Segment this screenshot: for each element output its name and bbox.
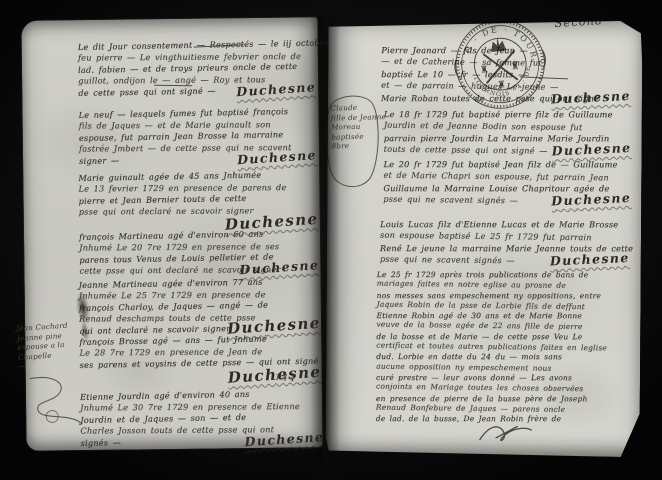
tours-tax-stamp-icon: G · DE · TOURS TOURNOIS · 4 · DEN ♜ ♜ ♜: [447, 12, 553, 116]
svg-text:♜: ♜: [497, 79, 507, 91]
register-entry: Le 18 fr 1729 fut baptisé pierre filz de…: [384, 107, 634, 157]
end-paraph-icon: [474, 418, 538, 448]
svg-text:♜: ♜: [510, 61, 520, 73]
svg-text:♜: ♜: [480, 64, 490, 76]
right-page: Second G · DE · TOURS TOURNOIS · 4 · DEN: [325, 19, 642, 457]
margin-note-circled: Claudefille de JeanneMoreaubaptisée8bre: [322, 90, 380, 92]
ink-flourish: [22, 372, 93, 433]
margin-note-text: Claudefille de JeanneMoreaubaptisée8bre: [330, 102, 386, 151]
register-entry: Le 20 fr 1729 fut baptisé Jean filz de —…: [383, 157, 633, 207]
register-entry: Etienne Jourdin agé d'environ 40 ansJnhu…: [80, 388, 327, 449]
register-entry: Marie guinault agée de 45 ans JnhuméeLe …: [78, 169, 321, 218]
register-entry: françois Brosse agé — ans — fut JnhuméLe…: [79, 333, 323, 371]
manuscript-scan: Le dit Jour consentement — Respectés — l…: [0, 0, 662, 480]
register-entry: françois Martineau agé d'environ 60 ansJ…: [79, 228, 322, 277]
register-entry-marriage: Le 25 fr 1729 après trois publications d…: [376, 269, 633, 425]
register-entry: Jeanne Martineau agée d'environ 77 ansJn…: [79, 276, 324, 337]
entry-text: Le 25 fr 1729 après trois publications d…: [376, 269, 633, 425]
page-header-word: Second: [554, 13, 604, 30]
folio-number: 144: [274, 373, 297, 385]
register-entry: Le neuf — lesquels fumes fut baptisé fra…: [78, 106, 319, 167]
manuscript-line: 8bre: [331, 140, 386, 151]
left-page: Le dit Jour consentement — Respectés — l…: [21, 17, 322, 451]
register-entry: Louis Lucas filz d'Etienne Lucas et de M…: [380, 217, 632, 267]
